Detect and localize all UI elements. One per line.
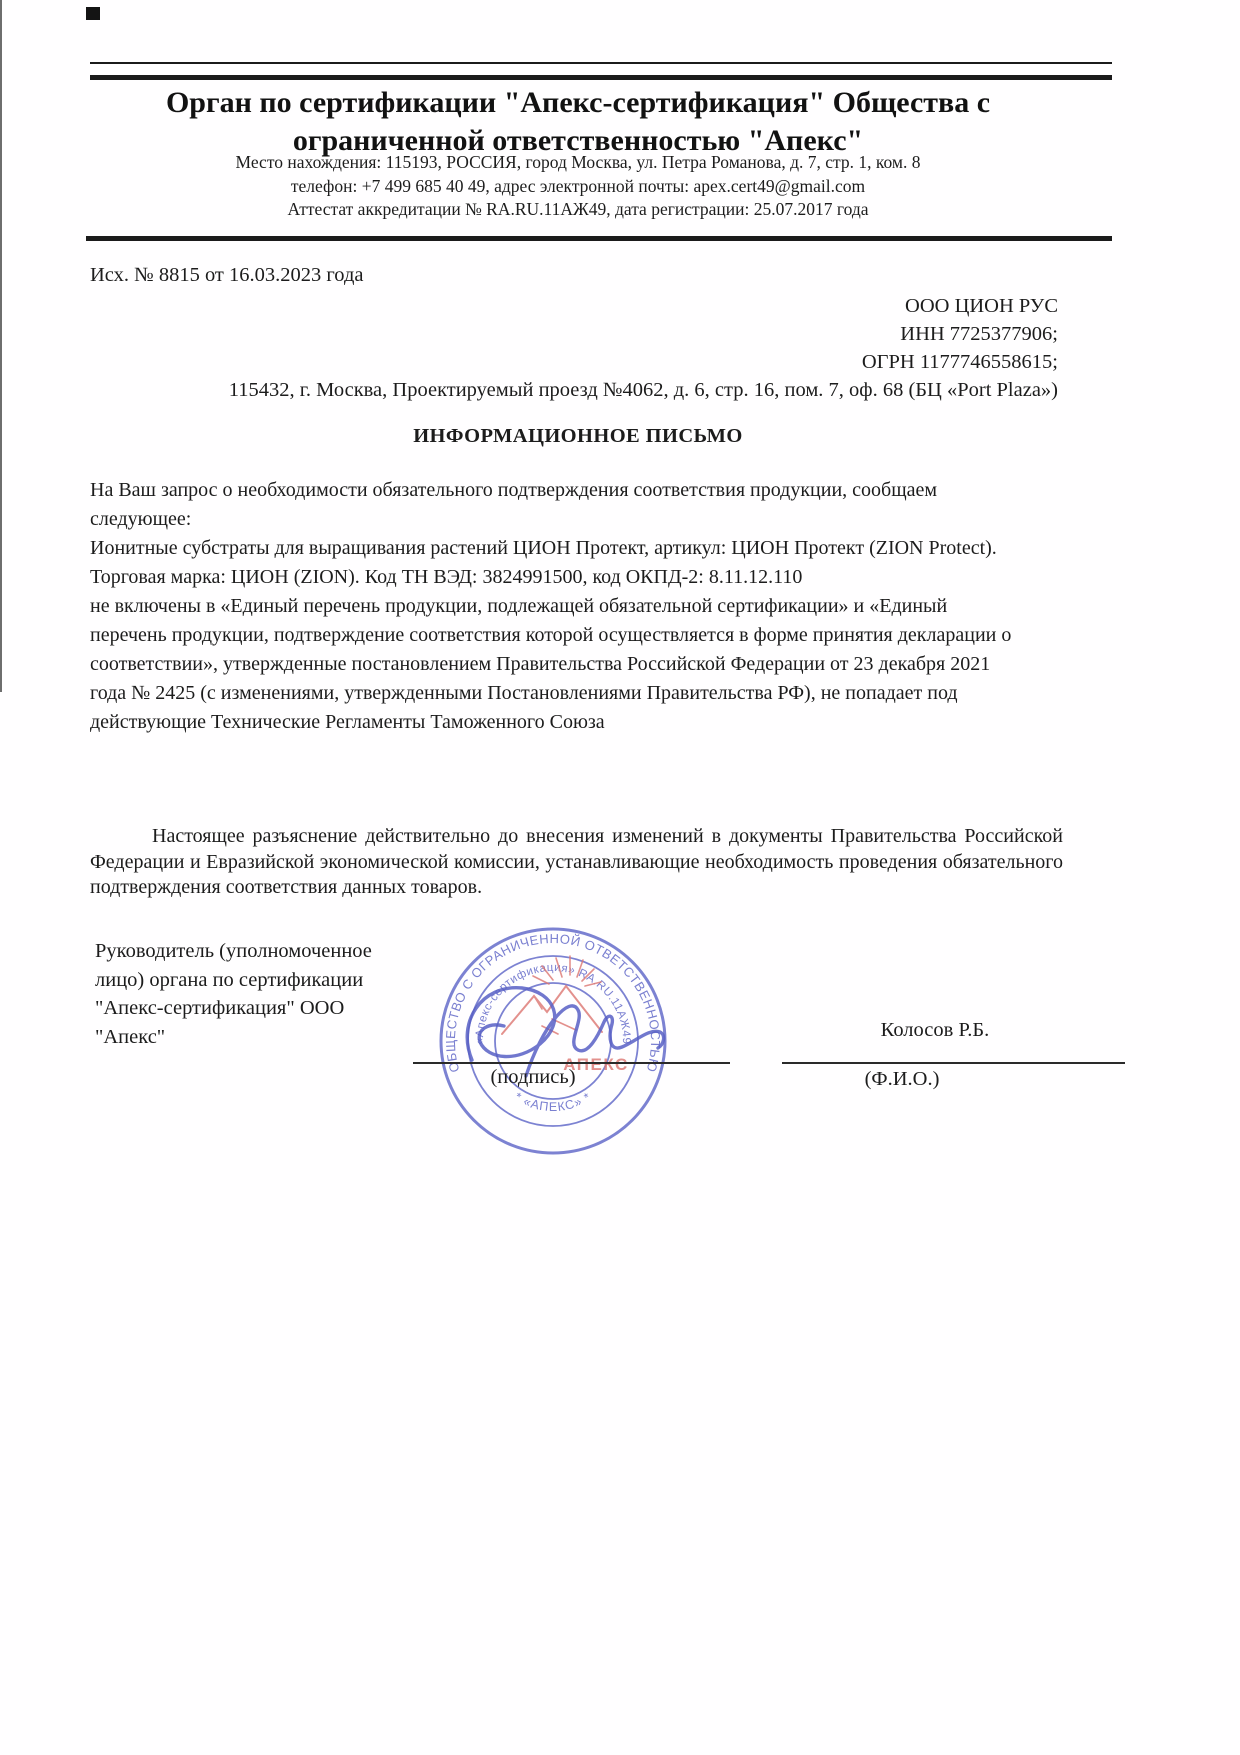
header-rule-thick [90,75,1112,80]
org-title-line1: Орган по сертификации "Апекс-сертификаци… [90,84,1066,122]
signature-caption: (подпись) [413,1066,653,1089]
org-info: Место нахождения: 115193, РОССИЯ, город … [90,151,1066,222]
org-title: Орган по сертификации "Апекс-сертификаци… [90,84,1066,160]
signatory-role: Руководитель (уполномоченноелицо) органа… [95,937,425,1051]
header-bottom-rule [86,236,1112,241]
outgoing-reference: Исх. № 8815 от 16.03.2023 года [90,264,363,287]
round-stamp: ОБЩЕСТВО С ОГРАНИЧЕННОЙ ОТВЕТСТВЕННОСТЬЮ… [430,918,676,1164]
signature-line [413,1062,730,1064]
org-address: Место нахождения: 115193, РОССИЯ, город … [90,151,1066,175]
signatory-name: Колосов Р.Б. [785,1019,1085,1042]
scan-artifact-corner [86,7,100,20]
scan-artifact-left-edge [0,0,2,692]
svg-text:* «АПЕКС» *: * «АПЕКС» * [512,1090,594,1114]
name-caption: (Ф.И.О.) [752,1068,1052,1091]
stamp-bottom-ring-text: * «АПЕКС» * [512,1090,594,1114]
body-paragraph-2: Настоящее разъяснение действительно до в… [90,824,1063,901]
recipient-block: ООО ЦИОН РУСИНН 7725377906;ОГРН 11777465… [180,292,1058,404]
body-paragraph-1: На Ваш запрос о необходимости обязательн… [90,476,1066,737]
header-rule-thin [90,62,1112,64]
org-accreditation: Аттестат аккредитации № RA.RU.11АЖ49, да… [90,198,1066,222]
name-line [782,1062,1125,1064]
letter-subject: ИНФОРМАЦИОННОЕ ПИСЬМО [90,425,1066,448]
org-phone-email: телефон: +7 499 685 40 49, адрес электро… [90,175,1066,199]
certification-letter-page: Орган по сертификации "Апекс-сертификаци… [0,0,1240,1755]
